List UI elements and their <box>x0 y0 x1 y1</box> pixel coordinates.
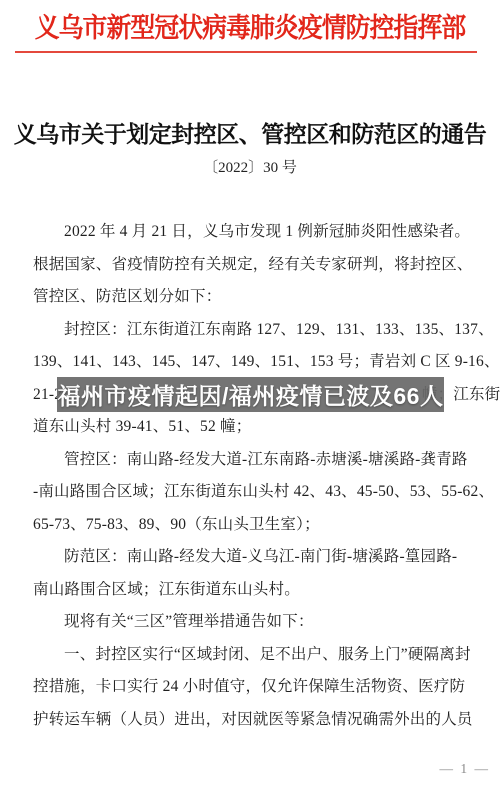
body-line: 139、141、143、145、147、149、151、153 号；青岩刘 C … <box>33 346 473 379</box>
body-line: 南山路围合区域；江东街道东山头村。 <box>33 574 473 607</box>
body-line: 管控区：南山路-经发大道-江东南路-赤塘溪-塘溪路-龚青路 <box>33 444 473 477</box>
body-line: 封控区：江东街道江东南路 127、129、131、133、135、137、 <box>33 314 473 347</box>
body-line: 控措施，卡口实行 24 小时值守，仅允许保障生活物资、医疗防 <box>33 671 473 704</box>
body-line: 2022 年 4 月 21 日，义乌市发现 1 例新冠肺炎阳性感染者。 <box>33 216 473 249</box>
document-title: 义乌市关于划定封控区、管控区和防范区的通告 <box>0 119 500 151</box>
overlay-headline-text: 福州市疫情起因/福州疫情已波及66人 <box>58 378 444 411</box>
letterhead-divider <box>15 51 477 53</box>
body-line: 护转运车辆（人员）进出，对因就医等紧急情况确需外出的人员 <box>33 704 473 737</box>
page-number: — 1 — <box>440 761 491 777</box>
overlay-headline-banner[interactable]: 福州市疫情起因/福州疫情已波及66人 <box>57 377 444 412</box>
document-body: 2022 年 4 月 21 日，义乌市发现 1 例新冠肺炎阳性感染者。 根据国家… <box>33 216 473 736</box>
document-number: 〔2022〕30 号 <box>0 157 500 179</box>
body-line: 道东山头村 39-41、51、52 幢； <box>33 411 473 444</box>
body-line: 一、封控区实行“区域封闭、足不出户、服务上门”硬隔离封 <box>33 639 473 672</box>
letterhead-org-name: 义乌市新型冠状病毒肺炎疫情防控指挥部 <box>20 10 480 46</box>
body-line: 根据国家、省疫情防控有关规定，经有关专家研判，将封控区、 <box>33 249 473 282</box>
body-line: 现将有关“三区”管理举措通告如下： <box>33 606 473 639</box>
body-line: 防范区：南山路-经发大道-义乌江-南门街-塘溪路-篁园路- <box>33 541 473 574</box>
document-page: 义乌市新型冠状病毒肺炎疫情防控指挥部 义乌市关于划定封控区、管控区和防范区的通告… <box>0 0 500 789</box>
body-line: -南山路围合区域；江东街道东山头村 42、43、45-50、53、55-62、 <box>33 476 473 509</box>
body-line: 65-73、75-83、89、90（东山头卫生室）； <box>33 509 473 542</box>
body-line: 管控区、防范区划分如下： <box>33 281 473 314</box>
